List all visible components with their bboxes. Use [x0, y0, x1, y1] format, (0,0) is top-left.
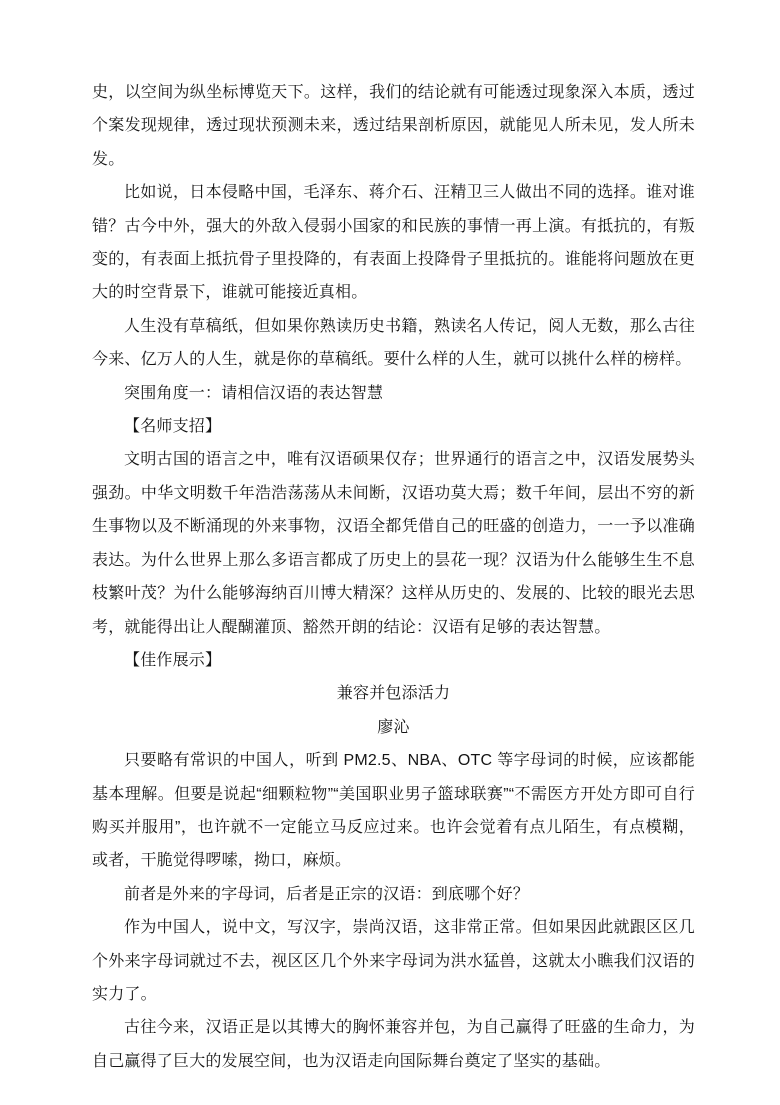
label-teacher-tips: 【名师支招】 — [92, 410, 695, 443]
para-letter-words: 只要略有常识的中国人，听到 PM2.5、NBA、OTC 等字母词的时候，应该都能… — [92, 744, 695, 878]
para-which-better: 前者是外来的字母词，后者是正宗的汉语：到底哪个好？ — [92, 878, 695, 911]
document-page: 史，以空间为纵坐标博览天下。这样，我们的结论就有可能透过现象深入本质，透过个案发… — [0, 0, 780, 1105]
para-life-draft: 人生没有草稿纸，但如果你熟读历史书籍，熟读名人传记，阅人无数，那么古往今来、亿万… — [92, 310, 695, 377]
para-conclusion-method: 史，以空间为纵坐标博览天下。这样，我们的结论就有可能透过现象深入本质，透过个案发… — [92, 76, 695, 176]
essay-author: 廖沁 — [92, 711, 695, 744]
para-as-chinese: 作为中国人，说中文，写汉字，崇尚汉语，这非常正常。但如果因此就跟区区几个外来字母… — [92, 911, 695, 1011]
document-body: 史，以空间为纵坐标博览天下。这样，我们的结论就有可能透过现象深入本质，透过个案发… — [92, 76, 695, 1078]
heading-breakthrough-angle-1: 突围角度一：请相信汉语的表达智慧 — [92, 377, 695, 410]
para-inclusive-history: 古往今来，汉语正是以其博大的胸怀兼容并包，为自己赢得了旺盛的生命力，为自己赢得了… — [92, 1011, 695, 1078]
label-masterpiece-showcase: 【佳作展示】 — [92, 644, 695, 677]
essay-title: 兼容并包添活力 — [92, 677, 695, 710]
para-example-choices: 比如说，日本侵略中国，毛泽东、蒋介石、汪精卫三人做出不同的选择。谁对谁错？古今中… — [92, 176, 695, 310]
para-chinese-wisdom: 文明古国的语言之中，唯有汉语硕果仅存；世界通行的语言之中，汉语发展势头强劲。中华… — [92, 443, 695, 643]
